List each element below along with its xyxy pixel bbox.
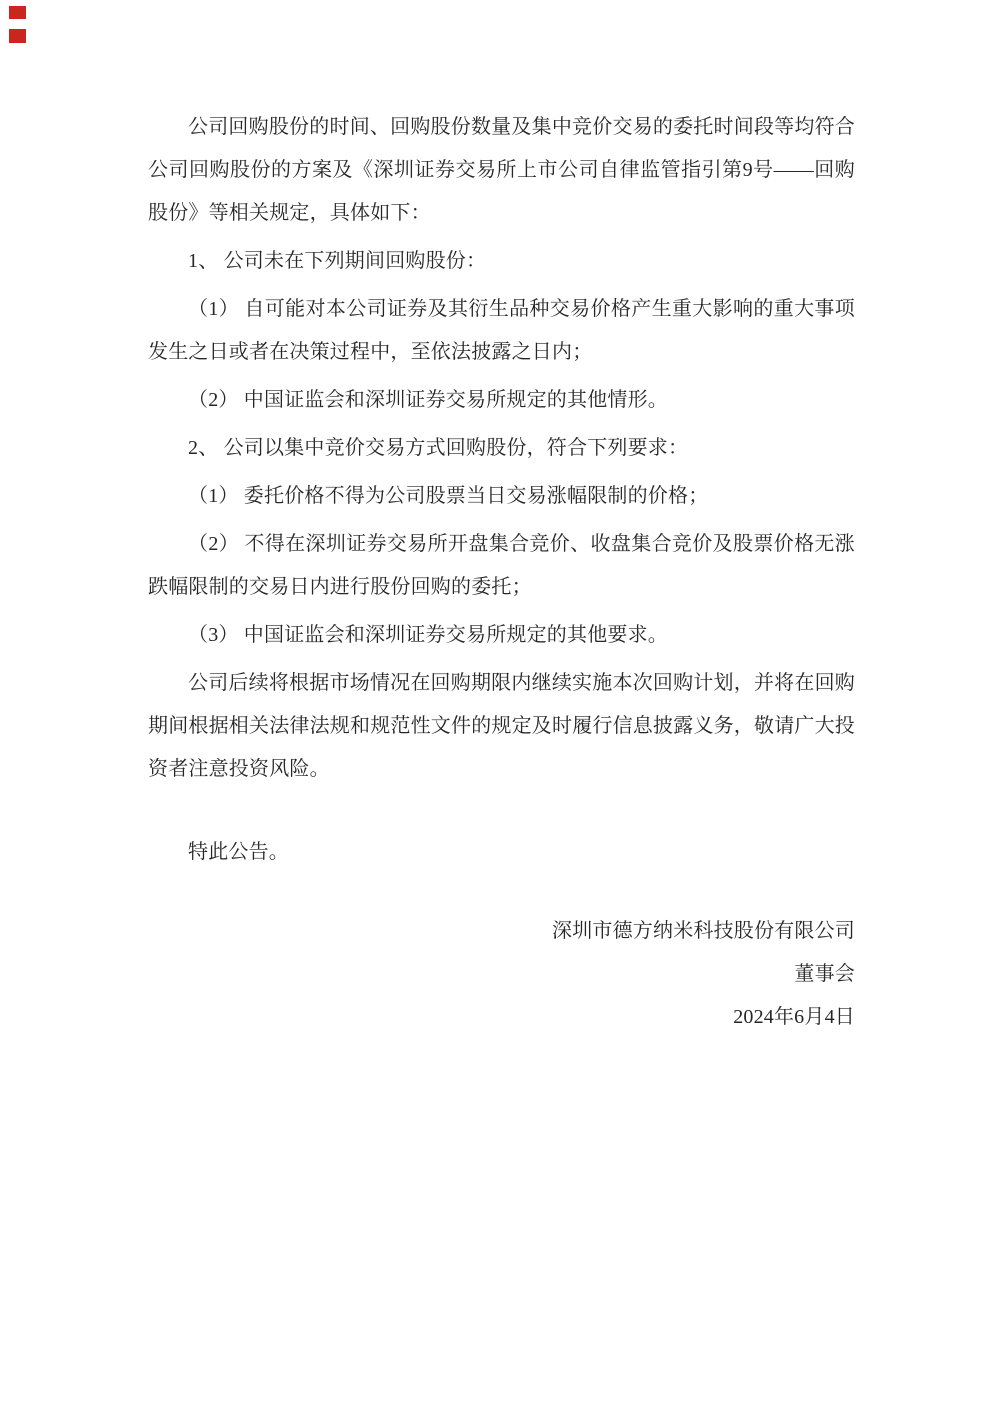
signature-date: 2024年6月4日 — [148, 996, 855, 1039]
list-item-1-1: （1） 自可能对本公司证券及其衍生品种交易价格产生重大影响的重大事项发生之日或者… — [148, 288, 855, 374]
notice-line: 特此公告。 — [148, 831, 855, 874]
list-item-2-3: （3） 中国证监会和深圳证券交易所规定的其他要求。 — [148, 614, 855, 657]
document-body: 公司回购股份的时间、回购股份数量及集中竞价交易的委托时间段等均符合公司回购股份的… — [148, 106, 855, 1039]
red-scan-mark-icon — [9, 6, 26, 19]
document-page: 公司回购股份的时间、回购股份数量及集中竞价交易的委托时间段等均符合公司回购股份的… — [0, 0, 1000, 1414]
list-item-2-2: （2） 不得在深圳证券交易所开盘集合竞价、收盘集合竞价及股票价格无涨跌幅限制的交… — [148, 523, 855, 609]
list-item-1-2: （2） 中国证监会和深圳证券交易所规定的其他情形。 — [148, 379, 855, 422]
red-scan-mark-icon — [9, 29, 26, 43]
list-item-2: 2、 公司以集中竞价交易方式回购股份，符合下列要求： — [148, 427, 855, 470]
list-item-2-1: （1） 委托价格不得为公司股票当日交易涨幅限制的价格； — [148, 475, 855, 518]
signature-signer: 董事会 — [148, 953, 855, 996]
closing-paragraph: 公司后续将根据市场情况在回购期限内继续实施本次回购计划，并将在回购期间根据相关法… — [148, 662, 855, 791]
signature-company: 深圳市德方纳米科技股份有限公司 — [148, 910, 855, 953]
intro-paragraph: 公司回购股份的时间、回购股份数量及集中竞价交易的委托时间段等均符合公司回购股份的… — [148, 106, 855, 235]
list-item-1: 1、 公司未在下列期间回购股份： — [148, 240, 855, 283]
signature-block: 深圳市德方纳米科技股份有限公司 董事会 2024年6月4日 — [148, 910, 855, 1039]
